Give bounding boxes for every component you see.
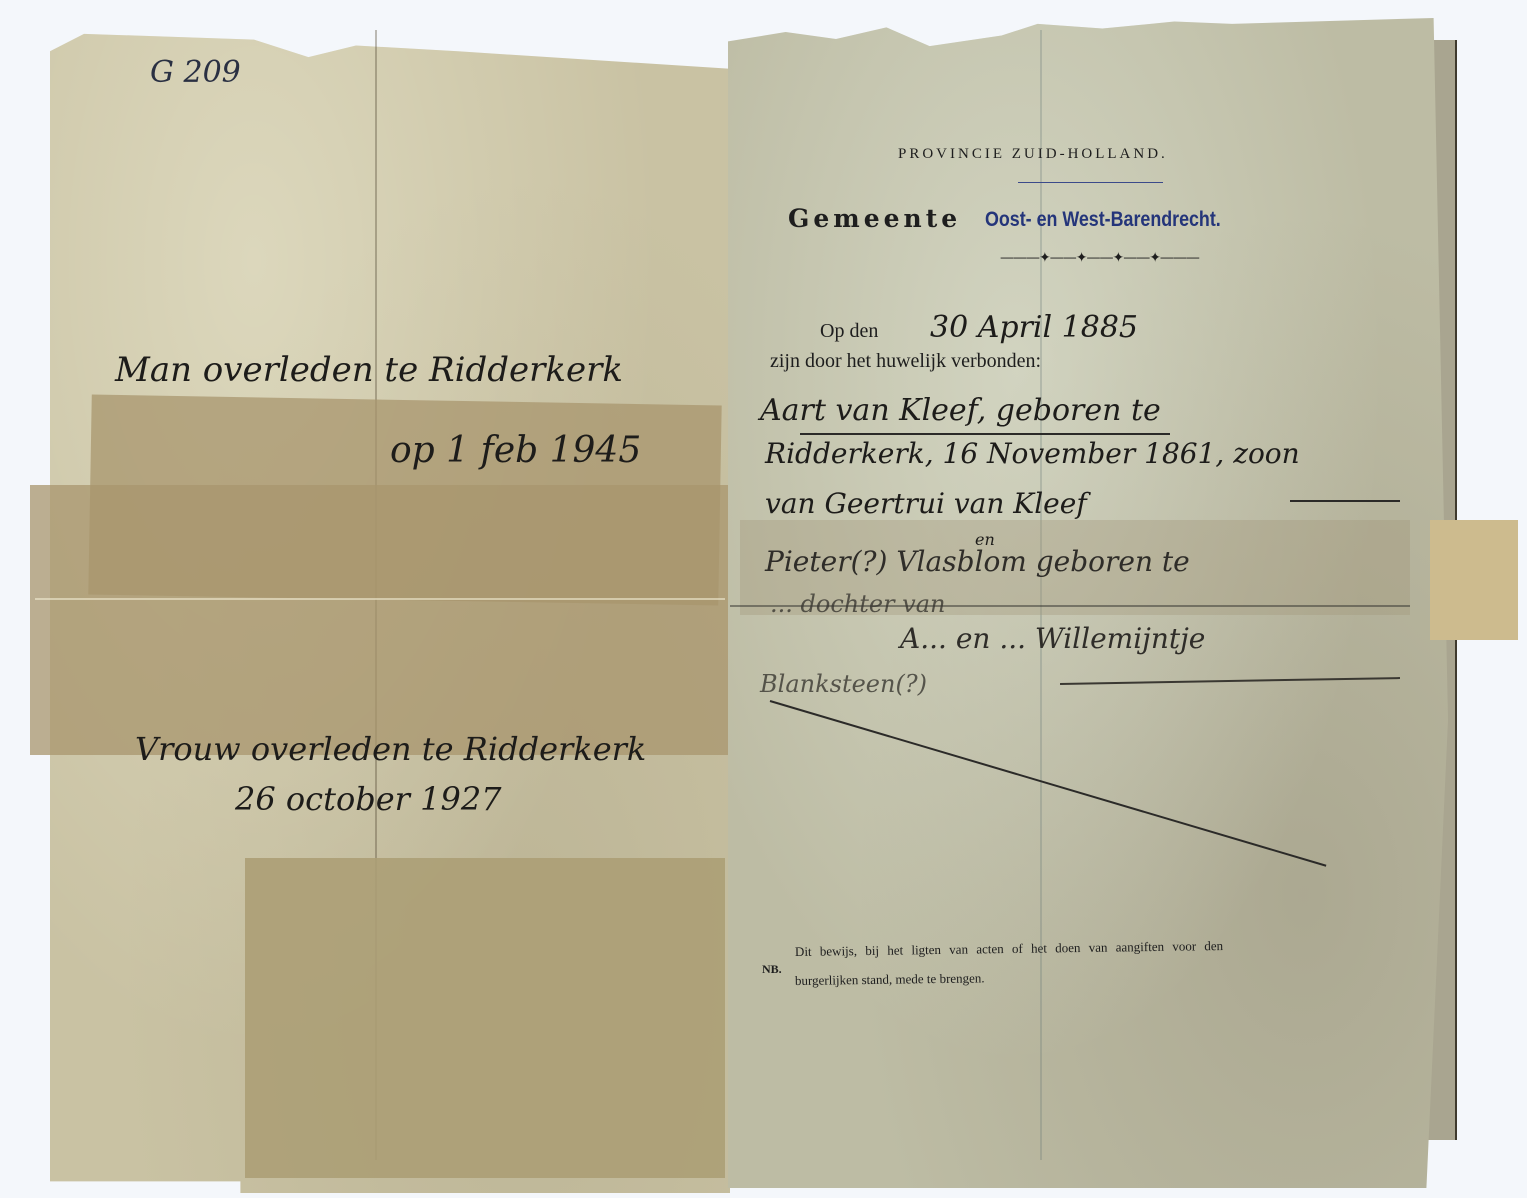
divider-rule [1018,182,1163,183]
gemeente-name-stamp: Oost- en West-Barendrecht. [985,208,1221,232]
marriage-date: 30 April 1885 [930,310,1138,345]
husband-death-date: op 1 feb 1945 [390,430,641,471]
bride-parent-surname: Blanksteen(?) [760,670,927,698]
province-heading: PROVINCIE ZUID-HOLLAND. [898,146,1168,163]
reference-code: G 209 [150,55,241,90]
intro-printed: Op den [820,320,878,343]
scanned-document: G 209 Man overleden te Ridderkerk op 1 f… [0,0,1527,1198]
footnote-label: NB. [762,962,782,977]
tape-strip-top [88,395,721,606]
footnote-line-2: burgerlijken stand, mede te brengen. [795,970,985,989]
tape-patch-bottom [245,858,725,1178]
gemeente-label: Gemeente [788,204,961,233]
husband-death-note: Man overleden te Ridderkerk [115,350,623,390]
fill-line [1290,500,1400,502]
wife-death-date: 26 october 1927 [235,780,502,818]
bride-name: Pieter(?) Vlasblom geboren te [765,545,1190,578]
bride-birth: ... dochter van [770,590,946,618]
intro-line-2: zijn door het huwelijk verbonden: [770,350,1041,373]
underline [800,433,1170,435]
tape-tab-edge [1430,520,1518,640]
groom-birth: Ridderkerk, 16 November 1861, zoon [765,437,1300,470]
fold-crease-horizontal [35,598,725,600]
wife-death-note: Vrouw overleden te Ridderkerk [135,730,646,768]
ornament-divider-icon: ———✦——✦——✦——✦——— [1000,250,1199,266]
bride-parents: A... en ... Willemijntje [900,622,1205,655]
groom-name: Aart van Kleef, geboren te [760,393,1161,428]
groom-parent: van Geertrui van Kleef [765,487,1087,520]
